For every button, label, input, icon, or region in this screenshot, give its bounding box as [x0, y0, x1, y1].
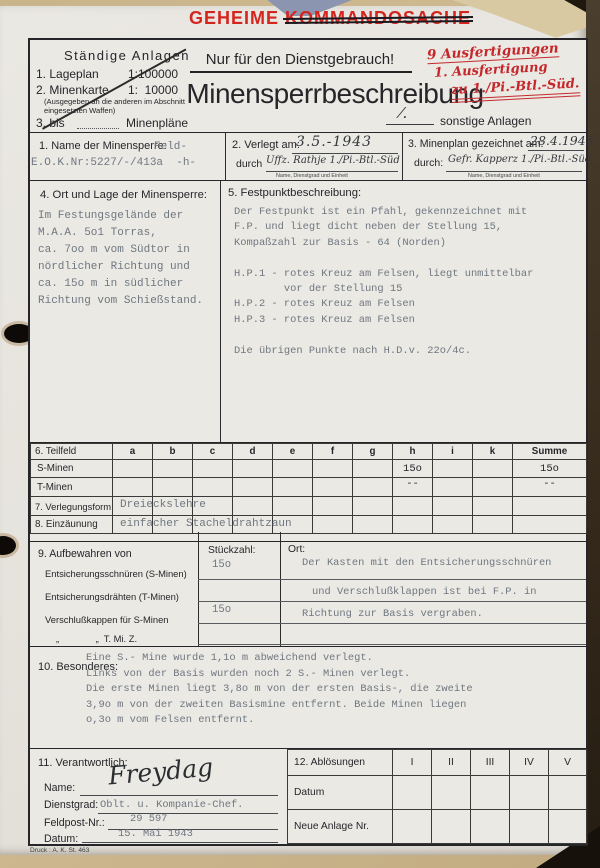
field9-row2-label: Entsicherungsdrähten (T-Minen) [45, 591, 179, 602]
verlegungsform-label: 7. Verlegungsform [31, 497, 113, 516]
rule-9-2 [198, 601, 586, 602]
anlagen-item3-post: Minenpläne [126, 116, 188, 130]
gap-tick-1 [198, 532, 199, 541]
scanned-document: GEHEIME KOMMANDOSACHE Ständige Anlagen 1… [0, 0, 600, 868]
abl-row2-label: Neue Anlage Nr. [288, 810, 393, 844]
s-minen-summe-value: 15o [513, 460, 587, 478]
fields-1-3-row: 1. Name der Minensperre: Feld- E.O.K.Nr:… [30, 132, 586, 180]
sonstige-anlagen-label: sonstige Anlagen [440, 114, 531, 128]
table-gap [30, 532, 586, 541]
field5-label: 5. Festpunktbeschreibung: [228, 187, 361, 199]
abl-col-5: V [549, 750, 587, 776]
ort-line-2: und Verschlußklappen ist bei F.P. in [312, 586, 536, 598]
t-minen-label: T-Minen [31, 478, 113, 497]
col-summe: Summe [513, 444, 587, 460]
col-k: k [473, 444, 513, 460]
gap-tick-2 [280, 532, 281, 541]
col-c: c [193, 444, 233, 460]
field2-subnote: Name, Dienstgrad und Einheit [276, 173, 348, 179]
rule-9-4 [198, 644, 586, 645]
rank-value: Oblt. u. Kompanie-Chef. [100, 799, 243, 811]
field2-label: 2. Verlegt am: [232, 139, 300, 151]
sonstige-anlagen-mark: ⁄. [400, 104, 407, 122]
sonstige-anlagen-blank [386, 124, 434, 125]
field3-person: Gefr. Kapperz 1./Pi.-Btl.-Süd [448, 154, 591, 165]
table6-label: 6. Teilfeld [31, 444, 113, 460]
fields-4-5-row: 4. Ort und Lage der Minensperre: Im Fest… [30, 180, 586, 442]
s-minen-label: S-Minen [31, 460, 113, 478]
ort-header: Ort: [288, 544, 305, 555]
einzaeunung-value: einfacher Stacheldrahtzaun [120, 518, 292, 530]
divider-9a [198, 542, 199, 647]
s-minen-h-value: 15o [393, 460, 433, 478]
stueckzahl-value-1: 15o [212, 559, 231, 571]
dienstgebrauch-note: Nur für den Dienstgebrauch! [180, 51, 420, 68]
name-label: Name: [44, 782, 75, 794]
besonderes-section: 10. Besonderes: Eine S.- Mine wurde 1,1o… [30, 646, 586, 748]
field2-date: 3.5.-1943 [296, 134, 372, 150]
abl-col-4: IV [510, 750, 549, 776]
storage-section: 9. Aufbewahren von Entsicherungsschnüren… [30, 541, 586, 646]
rank-line [98, 813, 278, 814]
feldpost-label: Feldpost-Nr.: [44, 817, 105, 829]
field2-date-line [292, 153, 398, 154]
red-copy-recipient: zu 1./Pi.-Btl.-Süd. [451, 76, 580, 103]
field2-durch-label: durch [236, 158, 262, 170]
field5-text: Der Festpunkt ist ein Pfahl, gekennzeich… [234, 205, 533, 359]
t-minen-h-value: -- [393, 478, 433, 497]
field12-label: 12. Ablösungen [288, 750, 393, 776]
abl-col-2: II [432, 750, 471, 776]
rank-label: Dienstgrad: [44, 799, 98, 811]
field9-row1-label: Entsicherungsschnüren (S-Minen) [45, 568, 187, 579]
divider-1-2 [225, 133, 226, 181]
field3-date-line [528, 150, 584, 151]
field1-value-line1: Feld- [154, 141, 187, 153]
col-b: b [153, 444, 193, 460]
col-i: i [433, 444, 473, 460]
red-copy-number: 1. Ausfertigung [434, 60, 548, 81]
form-header-section: Ständige Anlagen 1. Lageplan 1:100000 2.… [30, 40, 586, 132]
feldpost-value: 29 597 [130, 813, 167, 825]
name-line [80, 795, 278, 796]
abloesungen-table: 12. Ablösungen I II III IV V Datum Neue … [287, 749, 587, 844]
divider-2-3 [402, 133, 403, 181]
field2-person: Uffz. Rathje 1./Pi.-Btl.-Süd [266, 155, 400, 166]
minefield-table: 6. Teilfeld a b c d e f g h i k Summe S-… [30, 443, 587, 534]
dark-edge-right [586, 0, 600, 868]
abl-col-3: III [471, 750, 510, 776]
anlagen-item2-label: 2. Minenkarte [36, 83, 109, 97]
red-copy-annotation: 9 Ausfertigungen 1. Ausfertigung zu 1./P… [427, 38, 590, 104]
verlegungsform-value: Dreieckslehre [120, 499, 206, 511]
rule-9-3 [198, 623, 586, 624]
field10-text: Eine S.- Mine wurde 1,1o m abweichend ve… [86, 651, 473, 729]
col-h: h [393, 444, 433, 460]
dienstgebrauch-underline [190, 71, 412, 73]
rule-9-1 [198, 579, 586, 580]
datum-value: 15. Mai 1943 [118, 828, 193, 840]
field3-subnote: Name, Dienstgrad und Einheit [468, 173, 540, 179]
form-border: Ständige Anlagen 1. Lageplan 1:100000 2.… [28, 38, 588, 846]
divider-9b [280, 542, 281, 647]
field9-label: 9. Aufbewahren von [38, 548, 132, 560]
print-mark: Druck : A. K. St. 463 [30, 847, 89, 854]
anlagen-item3-blank [77, 128, 119, 129]
field3-person-line [446, 171, 582, 172]
field4-label: 4. Ort und Lage der Minensperre: [40, 189, 215, 201]
col-f: f [313, 444, 353, 460]
field3-durch-label: durch: [414, 157, 443, 169]
field4-text: Im Festungsgelände der M.A.A. 5o1 Torras… [38, 208, 203, 310]
anlagen-item1-label: 1. Lageplan [36, 67, 99, 81]
field1-value-line2: E.O.K.Nr:5227/-/413a -h- [31, 157, 196, 169]
abl-col-1: I [393, 750, 432, 776]
col-e: e [273, 444, 313, 460]
stueckzahl-value-3: 15o [212, 604, 231, 616]
minefield-table-section: 6. Teilfeld a b c d e f g h i k Summe S-… [30, 442, 586, 532]
col-g: g [353, 444, 393, 460]
datum-line [82, 842, 278, 843]
datum-label: Datum: [44, 833, 78, 845]
field9-row4-label: „ „ T. Mi. Z. [56, 633, 137, 644]
col-d: d [233, 444, 273, 460]
col-a: a [113, 444, 153, 460]
signature-section: 11. Verantwortlich: Name: Freydag Dienst… [30, 748, 586, 842]
field3-label: 3. Minenplan gezeichnet am: [408, 138, 543, 150]
abloesungen-table-wrap: 12. Ablösungen I II III IV V Datum Neue … [287, 749, 587, 844]
divider-4-5 [220, 181, 221, 443]
t-minen-summe-value: -- [513, 478, 587, 497]
field1-label: 1. Name der Minensperre: [39, 140, 167, 152]
field2-person-line [266, 171, 398, 172]
field3-date: 28.4.1943 [530, 133, 594, 148]
einzaeunung-label: 8. Einzäunung [31, 516, 113, 534]
field9-row3-label: Verschlußkappen für S-Minen [45, 614, 169, 625]
stueckzahl-header: Stückzahl: [208, 545, 256, 556]
abl-row1-label: Datum [288, 776, 393, 810]
ort-line-3: Richtung zur Basis vergraben. [302, 608, 483, 620]
ort-line-1: Der Kasten mit den Entsicherungsschnüren [302, 557, 551, 569]
